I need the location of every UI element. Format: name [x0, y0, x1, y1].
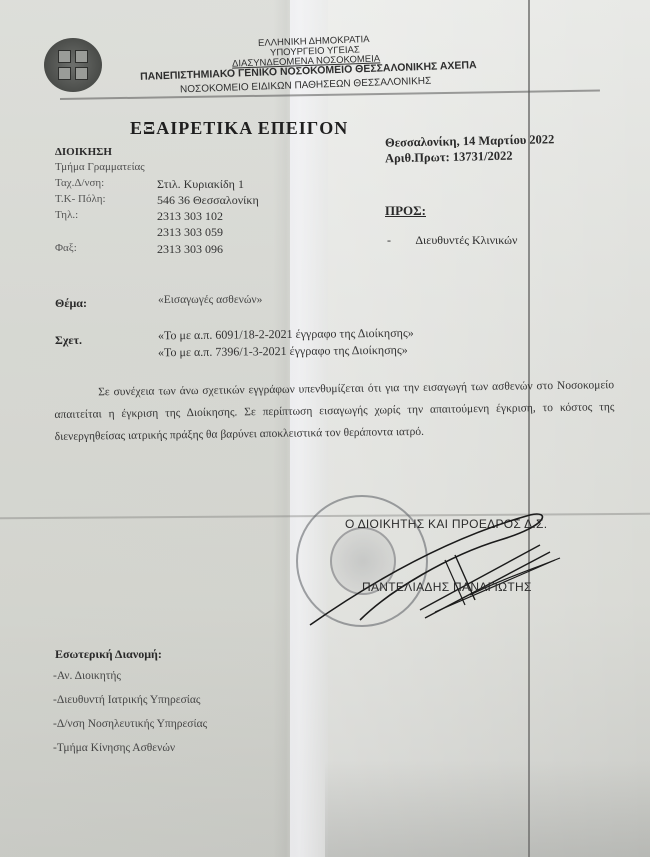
sender-department: Τμήμα Γραμματείας — [55, 161, 145, 173]
field-label: Ταχ.Δ/νση: — [55, 177, 157, 192]
urgency-heading: ΕΞΑΙΡΕΤΙΚΑ ΕΠΕΙΓΟΝ — [130, 118, 348, 139]
sender-fax-row: Φαξ: 2313 303 096 — [55, 242, 223, 257]
distribution-item: -Δ/νση Νοσηλευτικής Υπηρεσίας — [53, 718, 207, 730]
field-label — [55, 225, 157, 240]
paper-shadow-bottom — [325, 760, 650, 857]
related-label: Σχετ. — [55, 333, 82, 348]
field-value: 546 36 Θεσσαλονίκη — [157, 193, 259, 208]
recipients-label: ΠΡΟΣ: — [385, 203, 426, 219]
distribution-item: -Τμήμα Κίνησης Ασθενών — [53, 742, 175, 754]
sender-address-row: Ταχ.Δ/νση: Στιλ. Κυριακίδη 1 — [55, 177, 244, 192]
handwritten-signature-icon — [300, 500, 570, 630]
field-label: Τ.Κ- Πόλη: — [55, 193, 157, 208]
protocol-number: Αριθ.Πρωτ: 13731/2022 — [385, 149, 513, 167]
field-label: Τηλ.: — [55, 209, 157, 224]
greek-coat-of-arms-icon — [44, 38, 102, 92]
field-value: Στιλ. Κυριακίδη 1 — [157, 177, 244, 192]
subject-label: Θέμα: — [55, 296, 87, 311]
subject-value: «Εισαγωγές ασθενών» — [158, 294, 262, 306]
sender-postcode-row: Τ.Κ- Πόλη: 546 36 Θεσσαλονίκη — [55, 193, 259, 208]
field-value: 2313 303 102 — [157, 209, 223, 224]
field-value: 2313 303 096 — [157, 242, 223, 257]
field-label: Φαξ: — [55, 242, 157, 257]
distribution-title: Εσωτερική Διανομή: — [55, 647, 162, 662]
recipient-item: - Διευθυντές Κλινικών — [387, 233, 517, 248]
field-value: 2313 303 059 — [157, 225, 223, 240]
distribution-item: -Διευθυντή Ιατρικής Υπηρεσίας — [53, 694, 200, 706]
body-paragraph: Σε συνέχεια των άνω σχετικών εγγράφων υπ… — [54, 374, 615, 448]
sender-phone2-row: 2313 303 059 — [55, 225, 223, 240]
related-item: «Το με α.π. 7396/1-3-2021 έγγραφο της Δι… — [158, 343, 408, 361]
sender-phone-row: Τηλ.: 2313 303 102 — [55, 209, 223, 224]
related-item: «Το με α.π. 6091/18-2-2021 έγγραφο της Δ… — [158, 326, 414, 344]
signatory-name: ΠΑΝΤΕΛΙΑΔΗΣ ΠΑΝΑΓΙΩΤΗΣ — [362, 580, 532, 594]
sender-administration: ΔΙΟΙΚΗΣΗ — [55, 146, 112, 158]
recipient-text: Διευθυντές Κλινικών — [415, 233, 517, 247]
distribution-item: -Αν. Διοικητής — [53, 670, 121, 682]
bullet: - — [387, 233, 391, 247]
